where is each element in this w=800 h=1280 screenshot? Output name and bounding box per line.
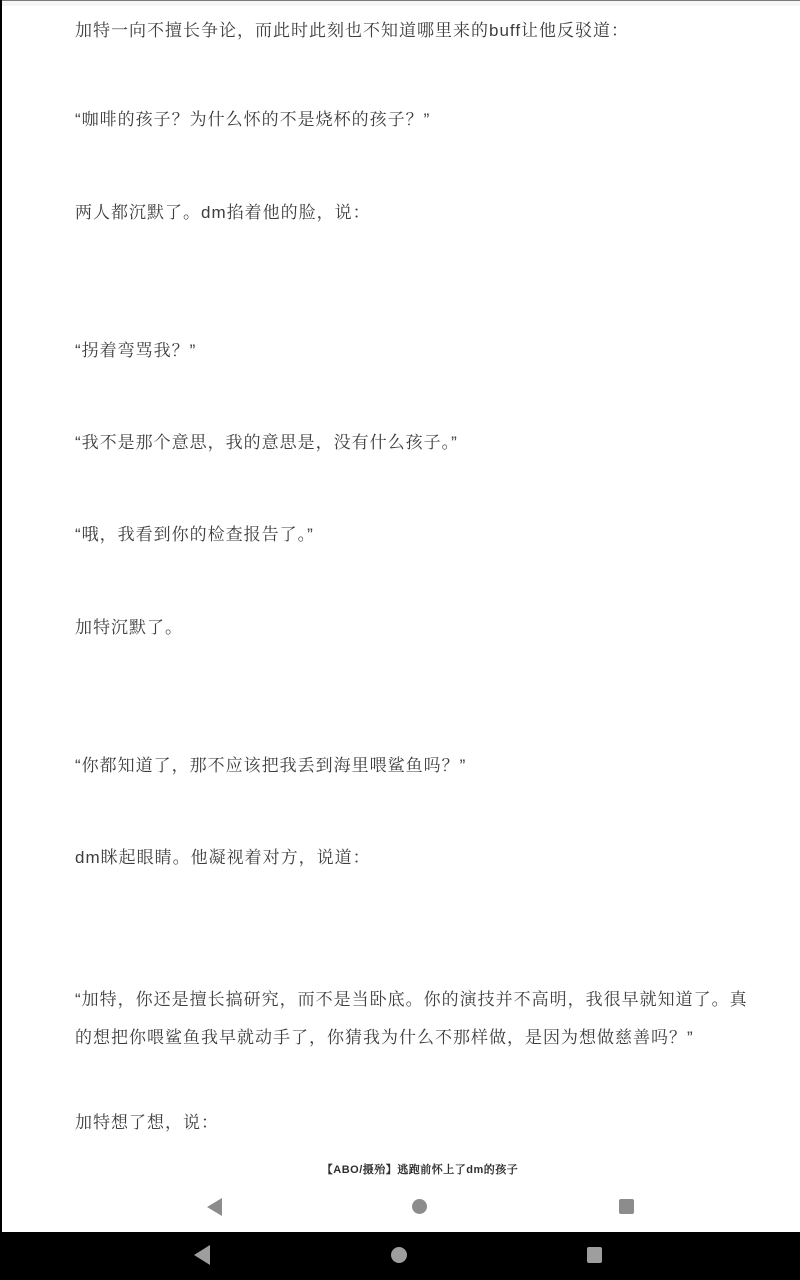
paragraph: 加特一向不擅长争论，而此时此刻也不知道哪里来的buff让他反驳道： (75, 12, 765, 50)
paragraph: “咖啡的孩子？为什么怀的不是烧杯的孩子？” (75, 101, 765, 139)
paragraph: 两人都沉默了。dm掐着他的脸，说： (75, 194, 765, 232)
screen-top-strip (0, 1, 800, 6)
paragraph: “我不是那个意思，我的意思是，没有什么孩子。” (75, 424, 765, 462)
back-icon[interactable] (194, 1245, 210, 1265)
recents-icon[interactable] (587, 1247, 602, 1263)
screen-left-letterbox (0, 0, 2, 1232)
home-icon[interactable] (391, 1247, 407, 1263)
back-icon[interactable] (207, 1198, 222, 1216)
story-title-caption: 【ABO/摄殆】逃跑前怀上了dm的孩子 (40, 1161, 800, 1177)
paragraph: “加特，你还是擅长搞研究，而不是当卧底。你的演技并不高明，我很早就知道了。真的想… (75, 981, 765, 1057)
system-navbar (0, 1232, 800, 1280)
recents-icon[interactable] (619, 1199, 634, 1214)
home-icon[interactable] (412, 1199, 427, 1214)
paragraph: 加特想了想，说： (75, 1104, 765, 1142)
paragraph: 加特沉默了。 (75, 609, 765, 647)
paragraph: “哦，我看到你的检查报告了。” (75, 516, 765, 554)
paragraph: dm眯起眼睛。他凝视着对方，说道： (75, 839, 765, 877)
paragraph: “拐着弯骂我？” (75, 332, 765, 370)
paragraph: “你都知道了，那不应该把我丢到海里喂鲨鱼吗？” (75, 747, 765, 785)
